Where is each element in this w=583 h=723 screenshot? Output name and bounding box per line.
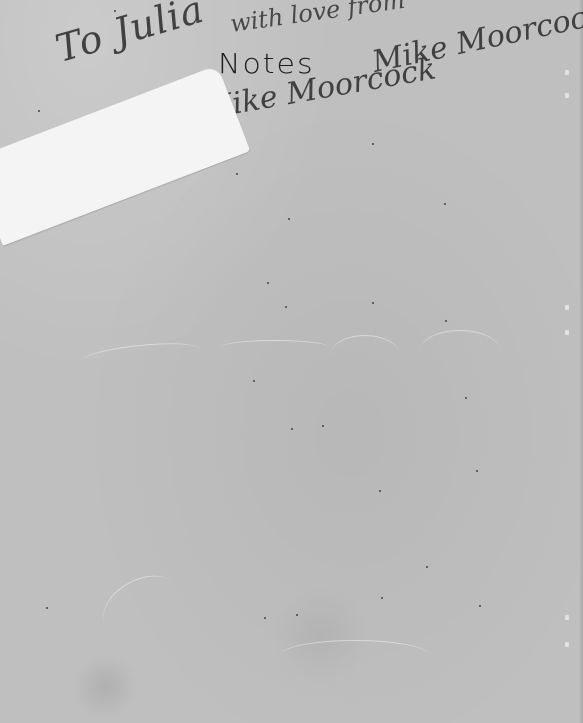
edge-mark: [565, 330, 569, 335]
edge-mark: [565, 70, 569, 75]
speck: [476, 470, 478, 472]
speck: [445, 320, 447, 322]
speck: [288, 218, 290, 220]
speck: [322, 425, 324, 427]
emboss-mark: [280, 640, 430, 671]
speck: [291, 428, 293, 430]
inscription-to-julia: To Julia: [52, 0, 209, 68]
edge-mark: [565, 642, 569, 647]
speck: [372, 302, 374, 304]
speck: [267, 282, 269, 284]
edge-mark: [565, 93, 569, 98]
page-edge: [579, 0, 583, 723]
inscription-with-love-from: with love from: [229, 0, 407, 36]
speck: [444, 203, 446, 205]
speck: [236, 173, 238, 175]
speck: [264, 617, 266, 619]
speck: [285, 306, 287, 308]
speck: [38, 110, 40, 112]
speck: [296, 614, 298, 616]
edge-mark: [565, 305, 569, 310]
speck: [46, 607, 48, 609]
emboss-mark: [420, 330, 500, 371]
document-page: To Julia with love from Notes Mike Moorc…: [0, 0, 583, 723]
speck: [379, 490, 381, 492]
speck: [465, 397, 467, 399]
speck: [253, 380, 255, 382]
emboss-mark: [79, 339, 201, 372]
speck: [372, 143, 374, 145]
paper-strip: [0, 65, 250, 246]
emboss-mark: [93, 563, 188, 647]
speck: [114, 10, 116, 12]
speck: [426, 566, 428, 568]
edge-mark: [565, 615, 569, 620]
speck: [381, 597, 383, 599]
emboss-mark: [330, 335, 400, 376]
speck: [479, 605, 481, 607]
emboss-mark: [220, 340, 330, 355]
